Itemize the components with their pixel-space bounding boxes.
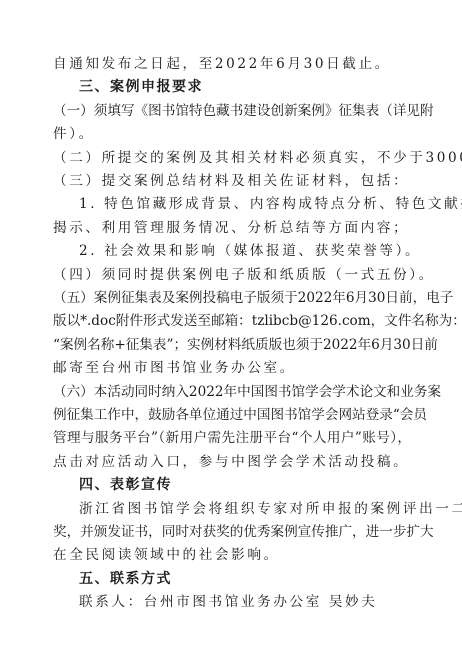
paragraph-line: 在全民阅读领域中的社会影响。 [53,542,280,568]
paragraph-line: （二）所提交的案例及其相关材料必须真实，不少于3000字。 [53,145,462,171]
paragraph-line: （六）本活动同时纳入2022年中国图书馆学会学术论文和业务案 [53,379,411,405]
section-heading: 三、案例申报要求 [79,74,203,100]
paragraph-line: 浙江省图书馆学会将组织专家对所申报的案例评出一二三等 [79,496,462,522]
section-heading: 四、表彰宣传 [79,472,172,498]
paragraph-line: 件）。 [53,121,95,147]
paragraph-line: （五）案例征集表及案例投稿电子版须于2022年6月30日前，电子 [53,285,411,311]
paragraph-line: 1. 特色馆藏形成背景、内容构成特点分析、特色文献描述和 [79,191,462,217]
paragraph-line: 自通知发布之日起，至2022年6月30日截止。 [53,51,391,77]
paragraph-line: 邮寄至台州市图书馆业务办公室。 [53,355,296,381]
paragraph-line: 版以*.doc附件形式发送至邮箱：tzlibcb@126.com，文件名称为： [53,308,411,334]
paragraph-line: “案例名称+征集表”；实例材料纸质版也须于2022年6月30日前 [53,332,411,358]
paragraph-line: 点击对应活动入口，参与中图学会学术活动投稿。 [53,449,409,475]
paragraph-line: （三）提交案例总结材料及相关佐证材料，包括： [53,168,409,194]
paragraph-line: 揭示、利用管理服务情况、分析总结等方面内容； [53,215,409,241]
paragraph-line: （一）须填写《图书馆特色藏书建设创新案例》征集表（详见附 [53,98,411,124]
paragraph-line: 奖，并颁发证书，同时对获奖的优秀案例宣传推广，进一步扩大 [53,519,411,545]
paragraph-line: 联系人：台州市图书馆业务办公室 吴妙夫 [79,589,377,615]
paragraph-line: 例征集工作中，鼓励各单位通过中国图书馆学会网站登录“会员 [53,402,411,428]
paragraph-line: 2. 社会效果和影响（媒体报道、获奖荣誉等）。 [79,238,421,264]
section-heading: 五、联系方式 [79,566,172,592]
paragraph-line: 管理与服务平台”（新用户需先注册平台“个人用户”账号）， [53,425,411,451]
paragraph-line: （四）须同时提供案例电子版和纸质版（一式五份）。 [53,262,435,288]
